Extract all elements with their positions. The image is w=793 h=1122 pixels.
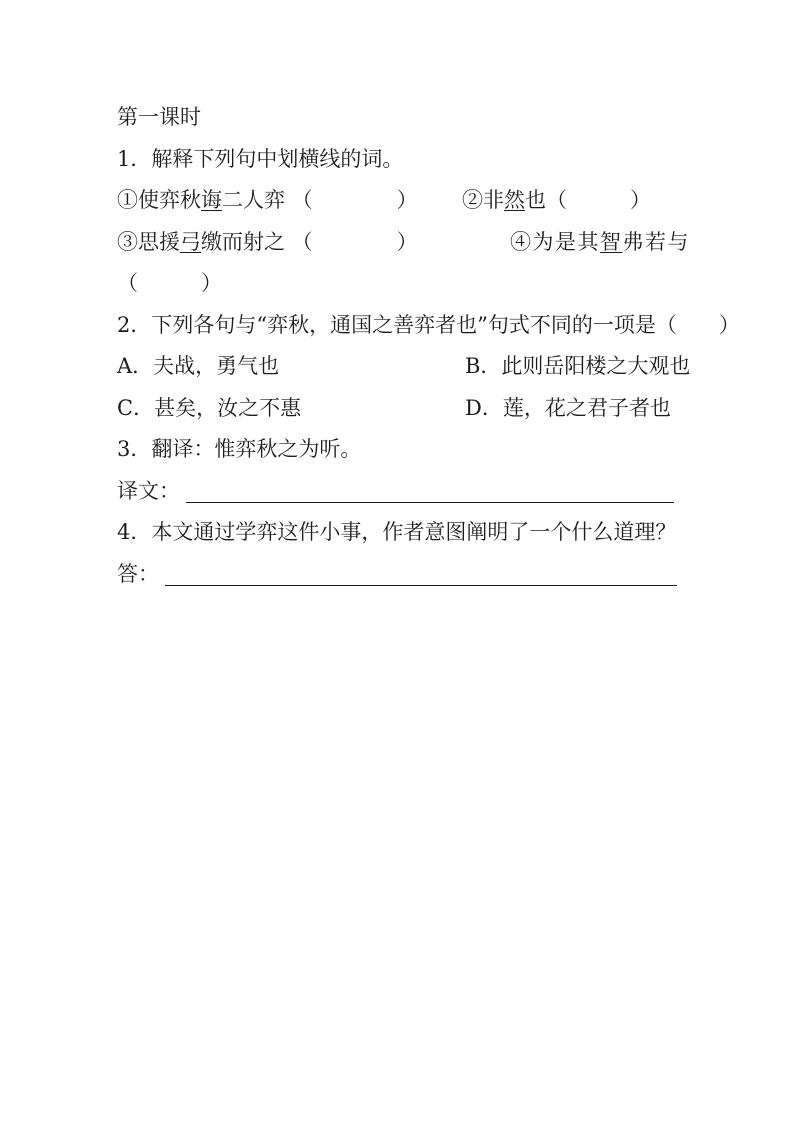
q1-item-2-underlined-word: 然 (504, 188, 525, 212)
q2-option-a: A．夫战，勇气也 (117, 346, 465, 388)
q1-item-3-marker: ③ (117, 230, 138, 254)
q3-answer-rule[interactable] (186, 481, 674, 503)
q4-answer-rule[interactable] (165, 564, 677, 586)
q3-prompt: 3．翻译：惟弈秋之为听。 (117, 429, 753, 471)
q1-item-1-marker: ① (117, 188, 138, 212)
q1-item-2: ②非然也（ ） (462, 180, 651, 222)
q1-item-3-text-post: 缴而射之 (201, 230, 285, 254)
q1-items-row-2: ③思援弓缴而射之 （ ） ④为是其智弗若与 (117, 222, 753, 264)
q1-item-3-answer-blank[interactable]: （ ） (285, 230, 418, 254)
q1-item-4-underlined-word: 智 (600, 230, 623, 254)
q1-item-3-text-pre: 思援 (138, 230, 180, 254)
q1-item-2-text-post: 也 (525, 188, 546, 212)
q4-answer-line: 答： (117, 554, 753, 596)
q1-item-2-answer-blank[interactable]: （ ） (546, 188, 651, 212)
q1-item-1-underlined-word: 诲 (201, 188, 222, 212)
q2-options-row-1: A．夫战，勇气也 B．此则岳阳楼之大观也 (117, 346, 753, 388)
q1-item-4-text-post: 弗若与 (623, 230, 691, 254)
q1-item-1-text-post: 二人弈 (222, 188, 285, 212)
q3-answer-line: 译文： (117, 471, 753, 513)
q1-item-4-answer-blank-line: （ ） (117, 263, 753, 305)
q3-answer-label: 译文： (117, 479, 180, 503)
q4-answer-label: 答： (117, 562, 159, 586)
q1-item-1: ①使弈秋诲二人弈 （ ） (117, 180, 462, 222)
q2-options-row-2: C．甚矣，汝之不惠 D．莲，花之君子者也 (117, 388, 753, 430)
q1-item-4-marker: ④ (510, 230, 533, 254)
q1-item-3-underlined-word: 弓 (180, 230, 201, 254)
q4-prompt: 4．本文通过学弈这件小事，作者意图阐明了一个什么道理？ (117, 512, 753, 554)
q1-item-4-text-pre: 为是其 (533, 230, 601, 254)
q1-item-3: ③思援弓缴而射之 （ ） (117, 222, 510, 264)
q1-item-2-marker: ② (462, 188, 483, 212)
section-title: 第一课时 (117, 97, 753, 139)
q2-option-b: B．此则岳阳楼之大观也 (465, 346, 690, 388)
q1-item-2-text-pre: 非 (483, 188, 504, 212)
q1-prompt: 1．解释下列句中划横线的词。 (117, 139, 753, 181)
q1-item-1-text-pre: 使弈秋 (138, 188, 201, 212)
q2-option-d: D．莲，花之君子者也 (465, 388, 671, 430)
q2-option-c: C．甚矣，汝之不惠 (117, 388, 465, 430)
q1-item-4-answer-blank[interactable]: （ ） (117, 271, 222, 295)
q2-prompt: 2．下列各句与“弈秋，通国之善弈者也”句式不同的一项是（ ） (117, 305, 753, 347)
q1-item-4: ④为是其智弗若与 (510, 222, 690, 264)
document-page: 第一课时 1．解释下列句中划横线的词。 ①使弈秋诲二人弈 （ ） ②非然也（ ）… (0, 0, 793, 1122)
q1-item-1-answer-blank[interactable]: （ ） (285, 188, 418, 212)
q1-items-row-1: ①使弈秋诲二人弈 （ ） ②非然也（ ） (117, 180, 753, 222)
